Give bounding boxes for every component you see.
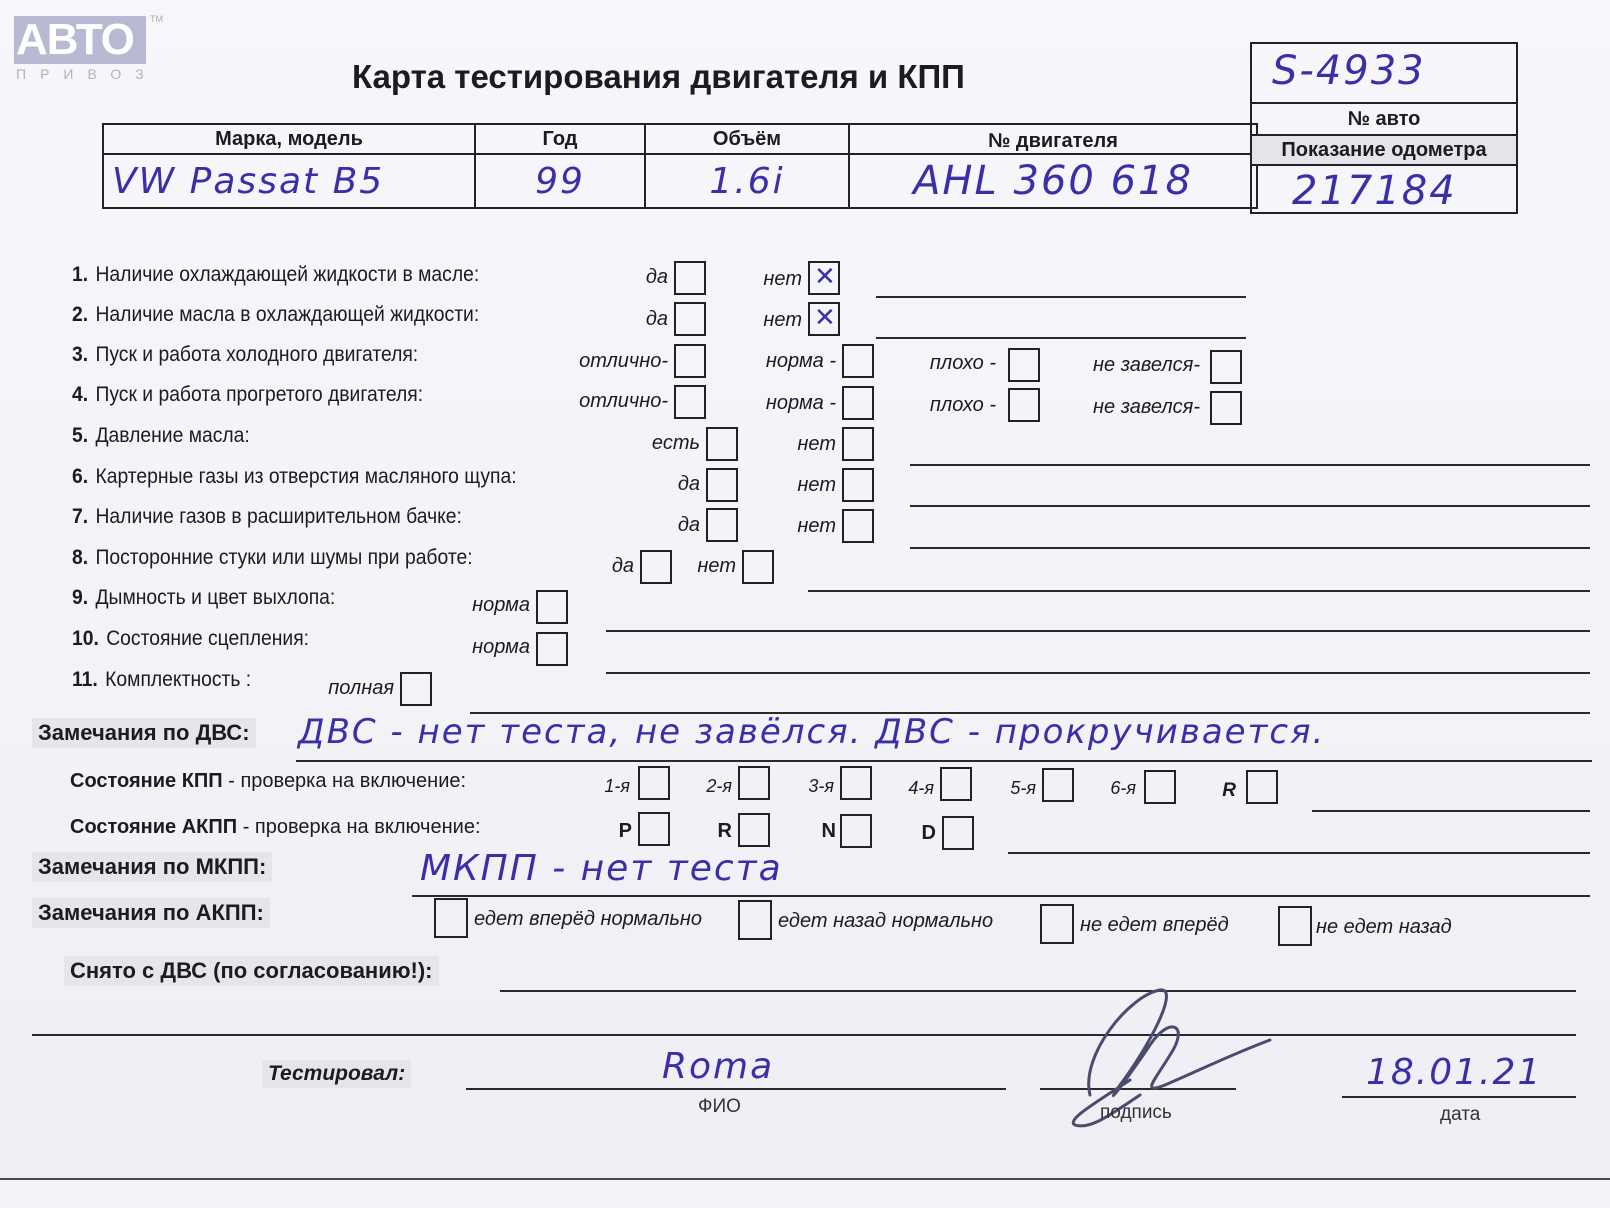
q6-note-line[interactable] bbox=[910, 505, 1590, 507]
auto-backward-ok-checkbox[interactable] bbox=[738, 900, 772, 940]
q6-checkbox-no[interactable] bbox=[842, 468, 874, 502]
mode-r-label: R bbox=[700, 820, 732, 843]
q9-note-line[interactable] bbox=[606, 630, 1590, 632]
q9-checkbox-normal[interactable] bbox=[536, 590, 568, 624]
q6-option-yes-label: да bbox=[620, 473, 700, 496]
q3-option-bad-label: плохо - bbox=[900, 352, 996, 375]
mode-p-label: P bbox=[600, 820, 632, 843]
q4-checkbox-nostart[interactable] bbox=[1210, 391, 1242, 425]
name-line bbox=[466, 1088, 1006, 1090]
auto-remarks-label: Замечания по АКПП: bbox=[32, 898, 270, 928]
logo-subtitle: ПРИВОЗ bbox=[16, 66, 158, 82]
q8-checkbox-yes[interactable] bbox=[640, 550, 672, 584]
q7-checkbox-no[interactable] bbox=[842, 509, 874, 543]
auto-backward-ok-label: едет назад нормально bbox=[778, 910, 993, 933]
date-caption: дата bbox=[1440, 1104, 1480, 1126]
manual-gearbox-label: Состояние КПП - проверка на включение: bbox=[70, 770, 466, 793]
q4-option-excellent-label: отлично- bbox=[540, 390, 668, 413]
q11-checkbox-full[interactable] bbox=[400, 672, 432, 706]
q6-option-no-label: нет bbox=[780, 474, 836, 497]
odometer-field[interactable]: 217184 bbox=[1292, 168, 1457, 214]
q2-checkbox-no[interactable] bbox=[808, 302, 840, 336]
auto-forward-ok-label: едет вперёд нормально bbox=[474, 908, 702, 931]
question-9: 9.Дымность и цвет выхлопа: bbox=[72, 586, 335, 610]
q4-checkbox-excellent[interactable] bbox=[674, 385, 706, 419]
q3-checkbox-nostart[interactable] bbox=[1210, 350, 1242, 384]
q7-option-yes-label: да bbox=[620, 514, 700, 537]
engine-remarks-field[interactable]: ДВС - нет теста, не завёлся. ДВС - прокр… bbox=[298, 712, 1325, 752]
q5-note-line[interactable] bbox=[910, 464, 1590, 466]
odometer-label: Показание одометра bbox=[1252, 136, 1516, 166]
name-caption: ФИО bbox=[698, 1096, 741, 1118]
vehicle-header-table: Марка, модель Год Объём № двигателя VW P… bbox=[102, 123, 1258, 209]
q1-option-no-label: нет bbox=[730, 268, 802, 291]
q10-checkbox-normal[interactable] bbox=[536, 632, 568, 666]
auto-no-forward-label: не едет вперёд bbox=[1080, 914, 1229, 937]
question-4: 4.Пуск и работа прогретого двигателя: bbox=[72, 383, 423, 407]
auto-no-forward-checkbox[interactable] bbox=[1040, 904, 1074, 944]
q5-option-yes-label: есть bbox=[620, 432, 700, 455]
q5-option-no-label: нет bbox=[780, 433, 836, 456]
q2-option-no-label: нет bbox=[730, 309, 802, 332]
signature-caption: подпись bbox=[1100, 1102, 1172, 1124]
q3-option-normal-label: норма - bbox=[740, 350, 836, 373]
gear-2-label: 2-я bbox=[690, 776, 732, 797]
question-6: 6.Картерные газы из отверстия масляного … bbox=[72, 465, 517, 489]
make-model-field[interactable]: VW Passat B5 bbox=[103, 154, 475, 208]
gear-4-label: 4-я bbox=[892, 778, 934, 799]
mode-n-label: N bbox=[804, 820, 836, 843]
question-5: 5.Давление масла: bbox=[72, 424, 250, 448]
engine-remarks-label: Замечания по ДВС: bbox=[32, 718, 256, 748]
gear-5-label: 5-я bbox=[994, 778, 1036, 799]
question-10: 10.Состояние сцепления: bbox=[72, 627, 309, 651]
col-engine-number: № двигателя bbox=[849, 124, 1257, 154]
question-11: 11.Комплектность : bbox=[72, 668, 251, 692]
q11-option-full-label: полная bbox=[310, 677, 394, 700]
auto-no-backward-label: не едет назад bbox=[1316, 916, 1452, 939]
gear-5-checkbox[interactable] bbox=[1042, 768, 1074, 802]
date-field[interactable]: 18.01.21 bbox=[1366, 1052, 1542, 1093]
q10-note-line[interactable] bbox=[606, 672, 1590, 674]
q6-checkbox-yes[interactable] bbox=[706, 468, 738, 502]
gear-6-label: 6-я bbox=[1094, 778, 1136, 799]
tested-by-field[interactable]: Roma bbox=[662, 1046, 774, 1087]
gear-1-label: 1-я bbox=[590, 776, 630, 797]
q5-checkbox-yes[interactable] bbox=[706, 427, 738, 461]
q7-checkbox-yes[interactable] bbox=[706, 508, 738, 542]
mode-d-label: D bbox=[904, 822, 936, 845]
gear-2-checkbox[interactable] bbox=[738, 766, 770, 800]
volume-field[interactable]: 1.6i bbox=[645, 154, 849, 208]
q8-checkbox-no[interactable] bbox=[742, 550, 774, 584]
question-1: 1.Наличие охлаждающей жидкости в масле: bbox=[72, 263, 479, 287]
auto-number-label: № авто bbox=[1252, 104, 1516, 136]
engine-remarks-line bbox=[296, 760, 1592, 762]
q8-option-yes-label: да bbox=[580, 555, 634, 578]
col-volume: Объём bbox=[645, 124, 849, 154]
q10-option-normal-label: норма bbox=[440, 636, 530, 659]
engine-number-field[interactable]: AHL 360 618 bbox=[849, 154, 1257, 208]
mode-n-checkbox[interactable] bbox=[840, 814, 872, 848]
removed-line-2[interactable] bbox=[32, 1034, 1576, 1036]
q3-option-excellent-label: отлично- bbox=[540, 350, 668, 373]
q1-option-yes-label: да bbox=[600, 266, 668, 289]
gear-6-checkbox[interactable] bbox=[1144, 770, 1176, 804]
q1-checkbox-yes[interactable] bbox=[674, 261, 706, 295]
manual-remarks-label: Замечания по МКПП: bbox=[32, 852, 272, 882]
q5-checkbox-no[interactable] bbox=[842, 427, 874, 461]
gear-1-checkbox[interactable] bbox=[638, 766, 670, 800]
q9-option-normal-label: норма bbox=[440, 594, 530, 617]
q8-option-no-label: нет bbox=[680, 555, 736, 578]
question-3: 3.Пуск и работа холодного двигателя: bbox=[72, 343, 418, 367]
auto-forward-ok-checkbox[interactable] bbox=[434, 898, 468, 938]
auto-gearbox-label: Состояние АКПП - проверка на включение: bbox=[70, 816, 481, 839]
q7-note-line[interactable] bbox=[910, 547, 1590, 549]
test-card-sheet: АВТО TM ПРИВОЗ Карта тестирования двигат… bbox=[0, 0, 1610, 1180]
q2-option-yes-label: да bbox=[600, 308, 668, 331]
q4-option-bad-label: плохо - bbox=[900, 394, 996, 417]
auto-gearbox-note-line[interactable] bbox=[1008, 852, 1590, 854]
logo-tm: TM bbox=[150, 14, 163, 24]
q4-option-nostart-label: не завелся- bbox=[1060, 396, 1200, 419]
question-8: 8.Посторонние стуки или шумы при работе: bbox=[72, 546, 473, 570]
auto-number-field[interactable]: S-4933 bbox=[1272, 48, 1426, 94]
removed-label: Снято с ДВС (по согласованию!): bbox=[64, 956, 439, 986]
gear-4-checkbox[interactable] bbox=[940, 767, 972, 801]
q3-checkbox-bad[interactable] bbox=[1008, 348, 1040, 382]
page-title: Карта тестирования двигателя и КПП bbox=[352, 58, 965, 96]
auto-no-backward-checkbox[interactable] bbox=[1278, 906, 1312, 946]
gear-3-label: 3-я bbox=[792, 776, 834, 797]
col-year: Год bbox=[475, 124, 645, 154]
tested-by-label: Тестировал: bbox=[262, 1060, 411, 1088]
q8-note-line[interactable] bbox=[808, 590, 1590, 592]
question-2: 2.Наличие масла в охлаждающей жидкости: bbox=[72, 303, 479, 327]
gear-reverse-label: R bbox=[1206, 780, 1236, 802]
mode-p-checkbox[interactable] bbox=[638, 812, 670, 846]
auto-number-box: S-4933 № авто Показание одометра 217184 bbox=[1250, 42, 1518, 214]
col-make-model: Марка, модель bbox=[103, 124, 475, 154]
q4-checkbox-normal[interactable] bbox=[842, 386, 874, 420]
q1-checkbox-no[interactable] bbox=[808, 261, 840, 295]
manual-gearbox-note-line[interactable] bbox=[1312, 810, 1590, 812]
manual-remarks-line bbox=[412, 895, 1590, 897]
q2-note-line[interactable] bbox=[876, 337, 1246, 339]
removed-line-1[interactable] bbox=[500, 990, 1576, 992]
year-field[interactable]: 99 bbox=[475, 154, 645, 208]
q3-checkbox-excellent[interactable] bbox=[674, 344, 706, 378]
logo-brand: АВТО bbox=[16, 18, 134, 62]
gear-reverse-checkbox[interactable] bbox=[1246, 770, 1278, 804]
mode-r-checkbox[interactable] bbox=[738, 813, 770, 847]
q4-option-normal-label: норма - bbox=[740, 392, 836, 415]
q4-checkbox-bad[interactable] bbox=[1008, 388, 1040, 422]
q7-option-no-label: нет bbox=[780, 515, 836, 538]
q2-checkbox-yes[interactable] bbox=[674, 302, 706, 336]
q3-checkbox-normal[interactable] bbox=[842, 344, 874, 378]
gear-3-checkbox[interactable] bbox=[840, 766, 872, 800]
mode-d-checkbox[interactable] bbox=[942, 816, 974, 850]
question-7: 7.Наличие газов в расширительном бачке: bbox=[72, 505, 462, 529]
q3-option-nostart-label: не завелся- bbox=[1060, 354, 1200, 377]
q1-note-line[interactable] bbox=[876, 296, 1246, 298]
manual-remarks-field[interactable]: МКПП - нет теста bbox=[420, 848, 783, 889]
date-line bbox=[1342, 1096, 1576, 1098]
